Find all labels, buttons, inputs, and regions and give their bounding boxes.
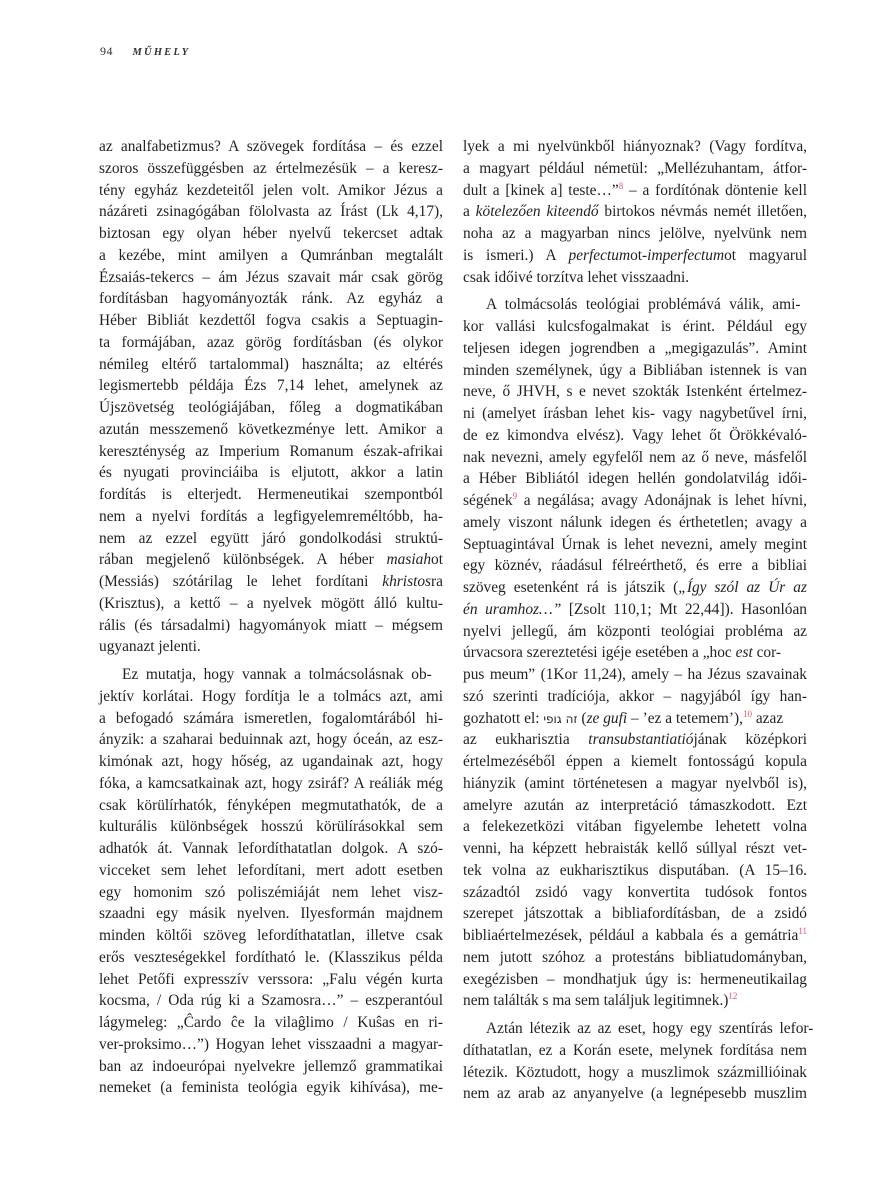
section-title: MŰHELY — [133, 47, 191, 58]
italic-term: ze gufi — [587, 710, 628, 727]
paragraph-start: A tolmácsolás teológiai problémává válik… — [463, 294, 807, 316]
footnote-ref-10[interactable]: 10 — [743, 708, 752, 718]
text-line: de ez kimondva elvész). Vagy lehet őt Ör… — [463, 425, 807, 447]
text-line: az eukharisztia transubstantiatiójának k… — [463, 729, 807, 751]
italic-term: transubstantiatió — [588, 731, 693, 748]
text-line: amelyre azután az interpretáció támaszko… — [463, 795, 807, 817]
text-line: ni (amelyet írásban lehet kis- vagy nagy… — [463, 403, 807, 425]
text-line: csak körülírhatók, fényképen megmutathat… — [99, 795, 443, 817]
text-line: legismertebb példája Ézs 7,14 lehet, ame… — [99, 375, 443, 397]
text-line: vicceket sem lehet lefordítani, mert ado… — [99, 860, 443, 882]
hebrew-text: זה גופי — [543, 712, 577, 726]
text-line: szöveg esetenként rá is játszik („Így sz… — [463, 577, 807, 599]
text-line: egy homonim szó poliszémiáját nem lehet … — [99, 882, 443, 904]
paragraph-start: Ez mutatja, hogy vannak a tolmácsolásnak… — [99, 664, 443, 686]
text-line: dult a [kinek a] teste…”8 – a fordítónak… — [463, 180, 807, 202]
text-line: én uramhoz…” [Zsolt 110,1; Mt 22,44]). H… — [463, 599, 807, 621]
text-line: venni, ha képzett hebraisták kellő súlly… — [463, 838, 807, 860]
text-line: kocsma, / Oda rúg ki a Szamosra…” – eszp… — [99, 990, 443, 1012]
text-line: Ézsaiás-tekercs – ám Jézus szavait már c… — [99, 267, 443, 289]
text-line: teljesen idegen jogrendben a „megigazulá… — [463, 338, 807, 360]
text-line: hiányzik (amint történetesen a magyar ny… — [463, 773, 807, 795]
text-line: fordítás is elterjedt. Hermeneutikai sze… — [99, 484, 443, 506]
italic-term: imperfectum — [647, 247, 724, 264]
text-line: lágymeleg: „Ĉardo ĉe la vilaĝlimo / Kuŝa… — [99, 1012, 443, 1034]
text-line: ta formájában, azaz görög fordításban (é… — [99, 332, 443, 354]
text-line: úrvacsora szereztetési igéje esetében a … — [463, 642, 807, 664]
text-line: kulturális különbségek hosszú körülíráso… — [99, 816, 443, 838]
text-line: ver-proksimo…”) Hogyan lehet visszaadni … — [99, 1034, 443, 1056]
text-line: noha az a magyarban nincs jelölve, nyelv… — [463, 223, 807, 245]
text-line: názáreti zsinagógában fölolvasta az Írás… — [99, 201, 443, 223]
text-line: a kötelezően kiteendő birtokos névmás ne… — [463, 201, 807, 223]
text-line: létezik. Köztudott, hogy a muszlimok szá… — [463, 1062, 807, 1084]
text-line: (Messiás) szótárilag le lehet fordítani … — [99, 571, 443, 593]
text-line: nak nevezni, amely egyfelől nem az ő nev… — [463, 447, 807, 469]
italic-term: est — [736, 644, 753, 661]
text-line: fordításban hagyományozták ránk. Az egyh… — [99, 288, 443, 310]
text-line: pus meum” (1Kor 11,24), amely – ha Jézus… — [463, 664, 807, 686]
italic-term: khristos — [382, 573, 431, 590]
text-line: nem az ezzel együtt járó gondolkodási st… — [99, 528, 443, 550]
text-line: és nyugati provinciáiba is eljutott, akk… — [99, 462, 443, 484]
text-line: ányzik: a szaharai beduinnak azt, hogy ó… — [99, 729, 443, 751]
text-line: is ismeri.) A perfectumot-imperfectumot … — [463, 245, 807, 267]
text-line: neve, ő JHVH, s e nevet szokták Istenkén… — [463, 381, 807, 403]
text-line: csak időivé torzítva lehet visszaadni. — [463, 267, 807, 289]
text-line: értelmezéséből éppen a kiemelt fontosság… — [463, 751, 807, 773]
text-line: erős veszteségekkel fordítható le. (Klas… — [99, 947, 443, 969]
paragraph-start: Aztán létezik az az eset, hogy egy szent… — [463, 1018, 807, 1040]
text-line: nem találták s ma sem találjuk legitimne… — [463, 990, 807, 1012]
italic-quote: „Így szól az Úr az — [678, 579, 807, 596]
text-line: díthatatlan, ez a Korán esete, melynek f… — [463, 1040, 807, 1062]
text-line: minden személynek, úgy a Bibliában isten… — [463, 360, 807, 382]
running-head: 94 MŰHELY — [100, 44, 190, 59]
text-line: szerepet játszottak a bibliafordításban,… — [463, 903, 807, 925]
text-line: szó szerinti tradíciója, akkor – nagyjáb… — [463, 686, 807, 708]
left-column: az analfabetizmus? A szövegek fordítása … — [99, 136, 443, 1099]
text-line: a magyart például németül: „Mellézuhanta… — [463, 158, 807, 180]
text-line: kimónak azt, hogy hőség, az ugandainak a… — [99, 751, 443, 773]
footnote-ref-12[interactable]: 12 — [728, 991, 737, 1001]
text-line: nem az arab az anyanyelve (a legnépesebb… — [463, 1083, 807, 1105]
text-line: fóka, a kamcsatkainak azt, hogy zsiráf? … — [99, 773, 443, 795]
text-line: jektív korlátai. Hogy fordítja le a tolm… — [99, 686, 443, 708]
text-line: Újszövetség teológiájában, főleg a dogma… — [99, 397, 443, 419]
text-line: a kezébe, mint amilyen a Qumránban megta… — [99, 245, 443, 267]
text-line: lehet Petőfi expresszív verssora: „Falu … — [99, 969, 443, 991]
text-line: minden költői szöveg lefordíthatatlan, i… — [99, 925, 443, 947]
text-line: nem a nyelvi fordítás a legfigyelemremél… — [99, 506, 443, 528]
text-line: egy köznév, ráadásul félreérthető, és er… — [463, 555, 807, 577]
text-line: azután messzemenő következménye lett. Am… — [99, 419, 443, 441]
text-line: exegézisben – mondhatjuk úgy is: hermene… — [463, 969, 807, 991]
footnote-ref-11[interactable]: 11 — [798, 926, 807, 936]
text-line: gozhatott el: זה גופי (ze gufi – ’ez a t… — [463, 708, 807, 730]
text-line: rában megjelenő különbségek. A héber mas… — [99, 549, 443, 571]
text-line: némileg eltérő tartalommal) használta; a… — [99, 354, 443, 376]
text-line: nyelvi jellegű, ám központi teológiai pr… — [463, 621, 807, 643]
text-line: adhatók át. Vannak lefordíthatatlan dolg… — [99, 838, 443, 860]
text-line: a Héber Bibliától idegen hellén gondolat… — [463, 468, 807, 490]
text-line: rális (és társadalmi) hagyományok miatt … — [99, 615, 443, 637]
page-number: 94 — [100, 44, 113, 59]
text-line: ban az indoeurópai nyelvekre jellemző gr… — [99, 1056, 443, 1078]
text-line: a befogadó számára ismeretlen, fogalomtá… — [99, 708, 443, 730]
text-line: lyek a mi nyelvünkből hiányoznak? (Vagy … — [463, 136, 807, 158]
text-line: az analfabetizmus? A szövegek fordítása … — [99, 136, 443, 158]
text-line: szaadni egy másik nyelven. Ilyesformán m… — [99, 903, 443, 925]
text-line: (Krisztus), a kettő – a nyelvek mögött á… — [99, 593, 443, 615]
text-line: tek volna az eukharisztikus disputában. … — [463, 860, 807, 882]
text-line: szoros összefüggésben az értelmezésük – … — [99, 158, 443, 180]
text-line: kereszténység az Imperium Romanum észak-… — [99, 441, 443, 463]
italic-term: masiah — [387, 551, 431, 568]
text-line: Héber Bibliát kezdettől fogva csakis a S… — [99, 310, 443, 332]
text-line: nemeket (a feminista teológia egyik kihí… — [99, 1077, 443, 1099]
right-column: lyek a mi nyelvünkből hiányoznak? (Vagy … — [463, 136, 807, 1105]
text-line: ugyanazt jelenti. — [99, 636, 443, 658]
text-line: századtól zsidó vagy konvertita tudósok … — [463, 882, 807, 904]
text-line: bibliaértelmezések, például a kabbala és… — [463, 925, 807, 947]
text-line: amely viszont nálunk idegen és érthetetl… — [463, 512, 807, 534]
text-line: biztosan egy olyan héber nyelvű tekercse… — [99, 223, 443, 245]
italic-term: perfectum — [569, 247, 631, 264]
italic-term: kötelezően kiteendő — [476, 203, 599, 220]
italic-quote: én uramhoz…” — [463, 601, 561, 618]
text-line: ségének9 a negálása; avagy Adonájnak is … — [463, 490, 807, 512]
text-line: tény egyház kezdeteitől jelen volt. Amik… — [99, 180, 443, 202]
text-line: Septuagintával Úrnak is lehet nevezni, a… — [463, 534, 807, 556]
text-line: kor vallási kulcsfogalmakat is érint. Pé… — [463, 316, 807, 338]
text-line: a felekezetközi vitában figyelembe lehet… — [463, 816, 807, 838]
text-line: nem jutott szóhoz a protestáns bibliatud… — [463, 947, 807, 969]
